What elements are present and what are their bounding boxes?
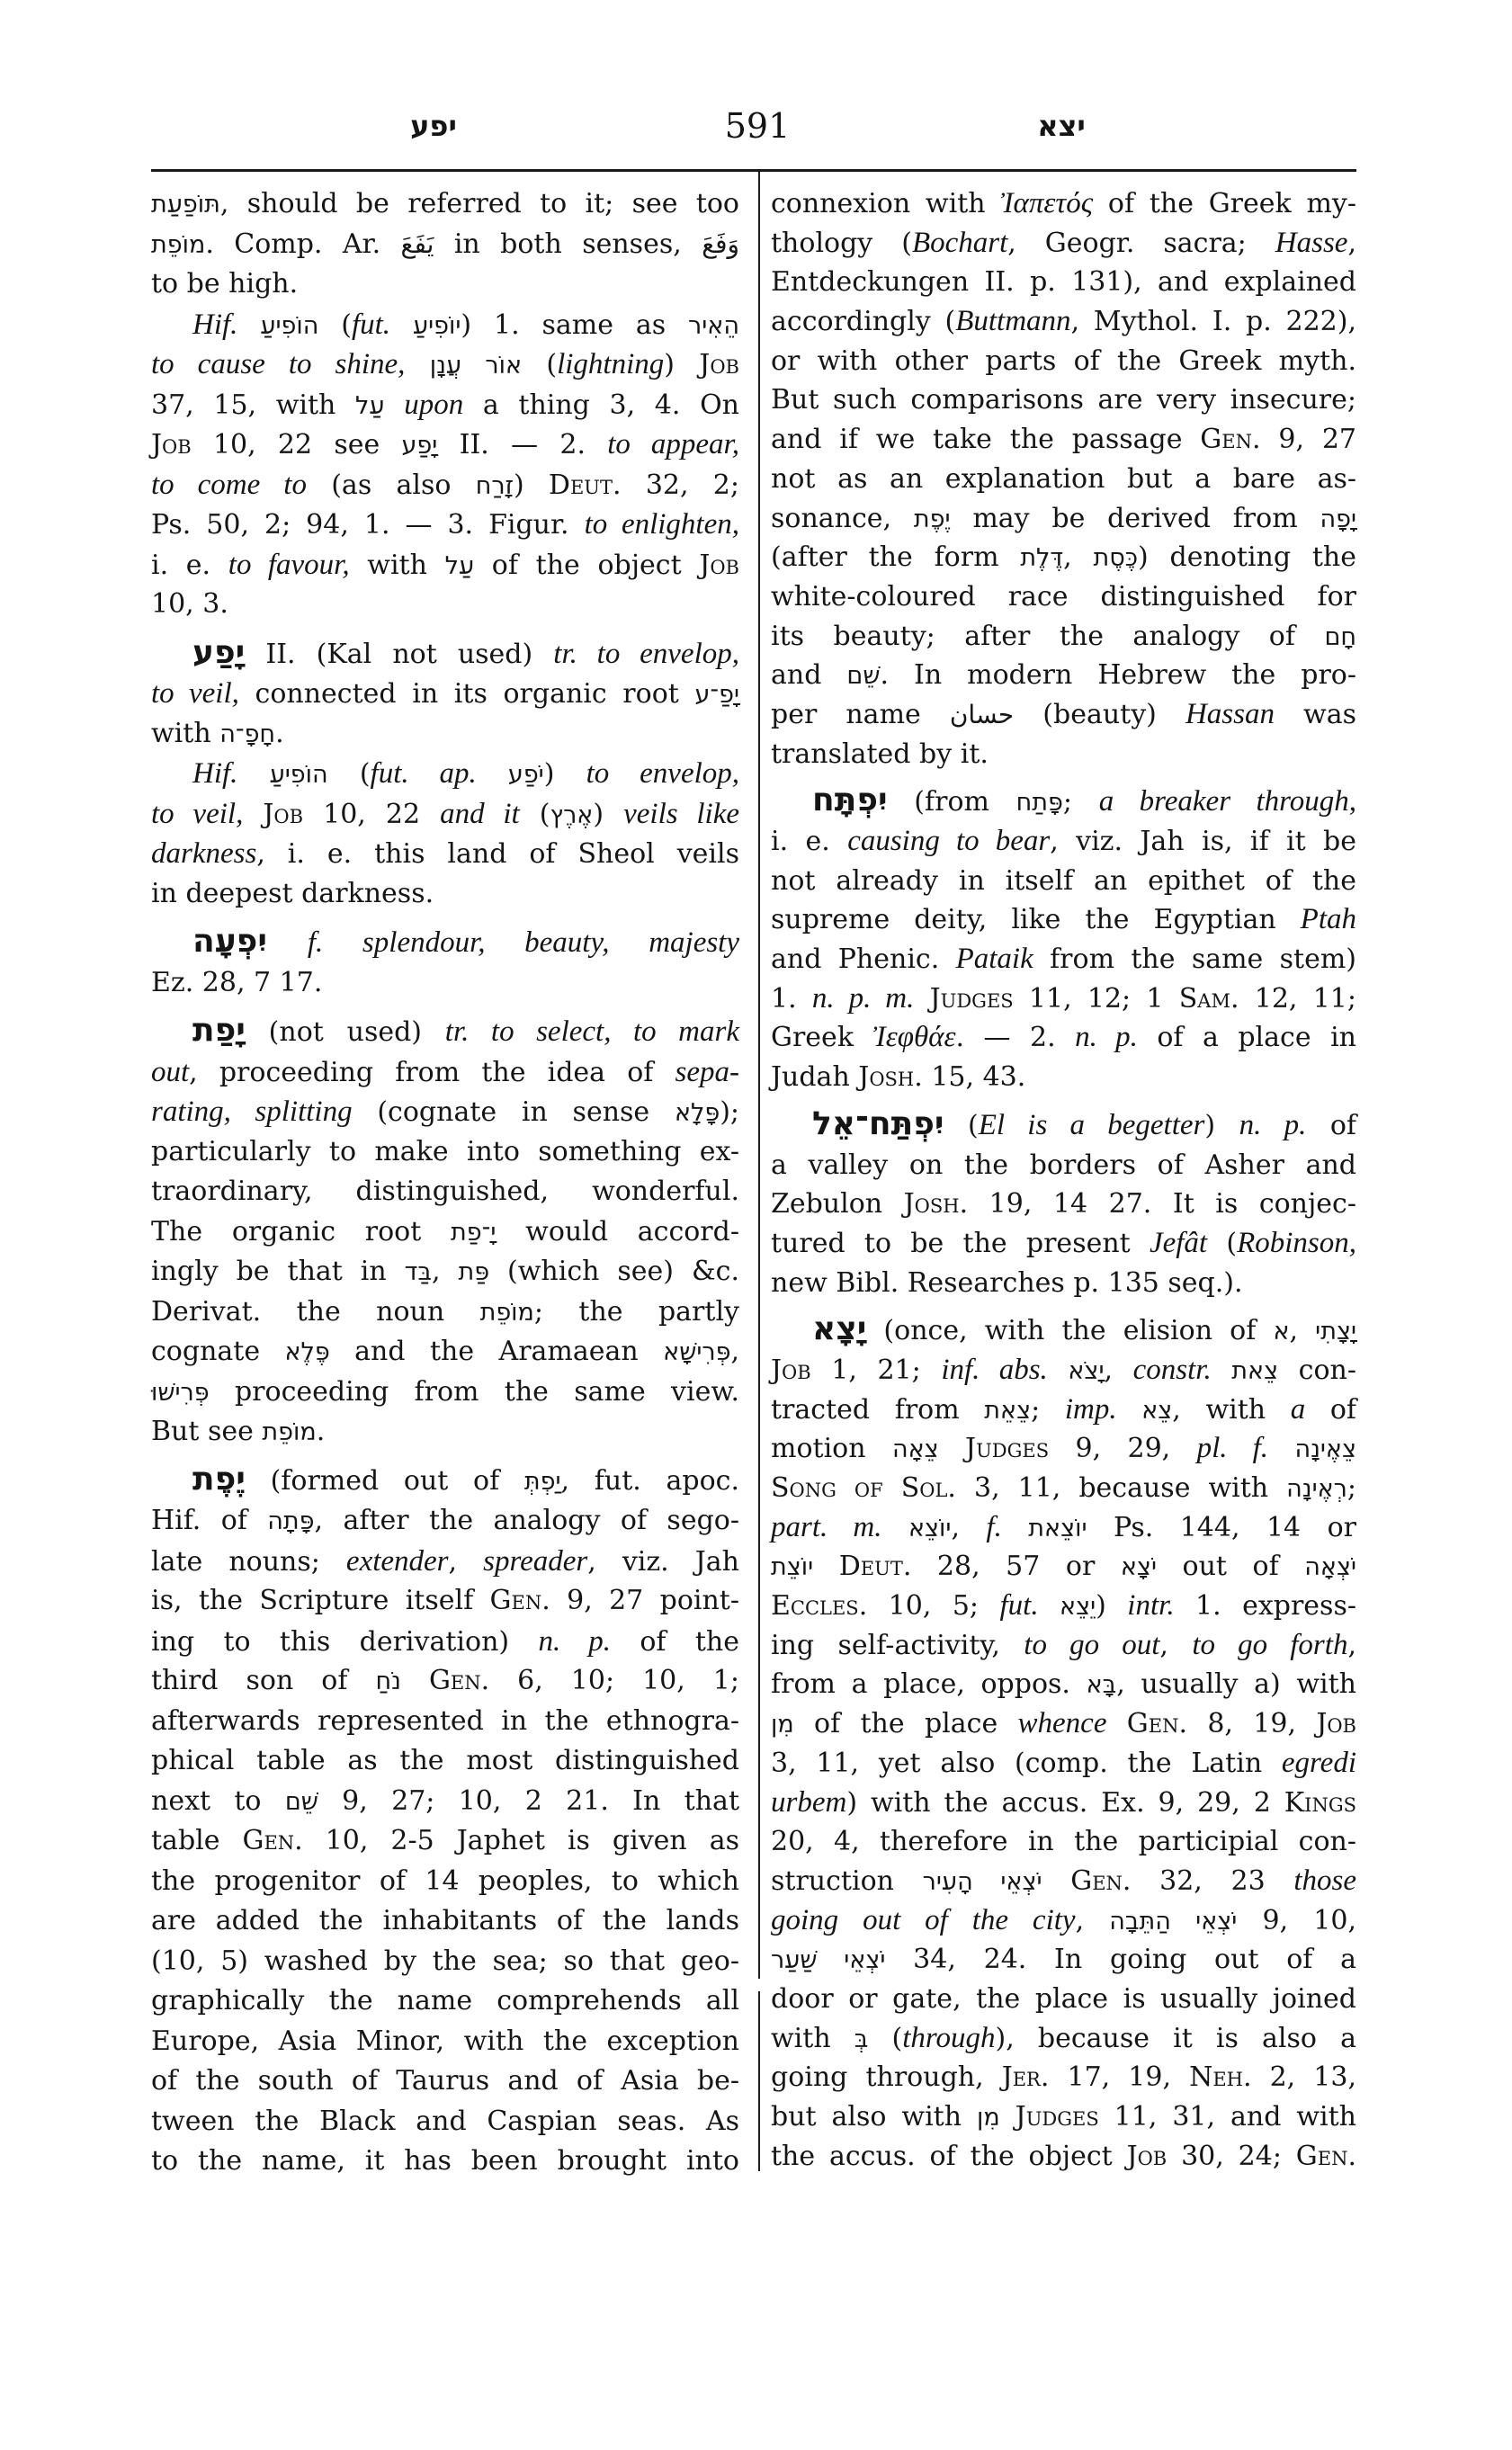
text-line: to veil, Job 10, 22 and it (אֶרֶץ) veils… — [151, 794, 739, 835]
text-line: of the south of Taurus and of Asia be- — [151, 2061, 739, 2102]
text-line: 10, 3. — [151, 585, 739, 625]
text-line: connexion with Ἰαπετός of the Greek my- — [771, 184, 1356, 224]
hebrew-word: יוֹצֵת — [771, 1553, 813, 1581]
hebrew-word: פַּת — [458, 1258, 489, 1286]
italic-text: Hif. — [192, 757, 237, 790]
italic-text: those — [1293, 1864, 1356, 1897]
sense-paragraph: Hif. הוֹפִיעַ (fut. ap. יֹפַע) to envelo… — [151, 754, 739, 914]
hebrew-word: שֵׁם — [846, 662, 880, 690]
hebrew-word: מִן — [771, 1711, 794, 1739]
italic-text: out — [151, 1056, 189, 1088]
text-line: Hif. הוֹפִיעַ (fut. יוֹפִיעַ) 1. same as… — [151, 305, 739, 345]
left-guide-word: יפע — [410, 108, 457, 144]
text-line: cognate פֶּלֶא and the Aramaean פְּרִישָ… — [151, 1332, 739, 1373]
italic-text: extender — [346, 1545, 449, 1578]
book-reference: Job — [699, 550, 739, 581]
italic-text: Pataik — [956, 943, 1033, 975]
italic-text: El is a begetter — [979, 1109, 1205, 1141]
text-line: to come to (as also זָרַח) Deut. 32, 2; — [151, 465, 739, 505]
text-line: Ps. 50, 2; 94, 1. — 3. Figur. to enlight… — [151, 505, 739, 545]
book-reference: Judges — [965, 1433, 1049, 1464]
italic-text: to go out — [1024, 1629, 1159, 1661]
hebrew-word: פָּתַח — [1016, 789, 1063, 817]
italic-text: Ptah — [1301, 903, 1356, 935]
dictionary-entry: יִפְתַּח־אֵל (El is a begetter) n. p. of… — [771, 1106, 1356, 1302]
book-reference: Deut. — [839, 1551, 912, 1582]
dictionary-entry: יָפַת (not used) tr. to select, to marko… — [151, 1012, 739, 1453]
book-reference: Song of Sol. — [771, 1472, 956, 1504]
italic-text: egredi — [1282, 1747, 1356, 1779]
text-line: tween the Black and Caspian seas. As — [151, 2102, 739, 2142]
text-line: מוֹפֵת. Comp. Ar. يَفَعَ in both senses,… — [151, 225, 739, 265]
text-line: יִפְתַּח־אֵל (El is a begetter) n. p. of — [771, 1106, 1356, 1146]
text-line: translated by it. — [771, 735, 1356, 774]
hebrew-word: צֵאֵת — [984, 1397, 1031, 1425]
text-line: rating, splitting (cognate in sense פָּל… — [151, 1092, 739, 1132]
italic-text: to envelop, — [586, 757, 739, 790]
text-line: and שֵׁם. In modern Hebrew the pro- — [771, 656, 1356, 695]
book-reference: Deut. — [549, 469, 622, 501]
dictionary-entry: יָצָא (once, with the elision of א, יָצָ… — [771, 1311, 1356, 2176]
book-reference: Gen. — [429, 1665, 489, 1696]
text-line: a valley on the borders of Asher and — [771, 1146, 1356, 1185]
book-reference: Kings — [1284, 1787, 1356, 1819]
hebrew-word: יֶפֶת — [914, 505, 951, 533]
hebrew-word: יֵצֵא — [1060, 1593, 1096, 1621]
italic-text: Bochart — [912, 227, 1007, 259]
text-line: The organic root יָ־פַת would accord- — [151, 1212, 739, 1253]
hebrew-word: יָפָה — [1320, 505, 1356, 533]
text-line: third son of נֹחַ Gen. 6, 10; 10, 1; — [151, 1661, 739, 1702]
book-reference: Jer. — [1002, 2061, 1050, 2093]
text-line: supreme deity, like the Egyptian Ptah — [771, 900, 1356, 940]
text-line: door or gate, the place is usually joine… — [771, 1980, 1356, 2019]
headword: יִפְתַּח־אֵל — [812, 1105, 944, 1142]
hebrew-word: יָצֹא — [1068, 1357, 1104, 1385]
hebrew-word: צֵאָה — [892, 1435, 939, 1463]
text-line: new Bibl. Researches p. 135 seq.). — [771, 1264, 1356, 1303]
hebrew-word: יַפְתְּ — [524, 1468, 561, 1496]
page-number: 591 — [725, 106, 791, 146]
italic-text: rating, splitting — [151, 1095, 353, 1128]
italic-text: Jefât — [1150, 1227, 1207, 1259]
hebrew-word: אֶרֶץ — [550, 801, 594, 829]
hebrew-word: יוֹצֵאת — [1028, 1515, 1087, 1542]
hebrew-word: בַּד — [405, 1258, 432, 1286]
book-reference: Job — [1127, 2141, 1168, 2172]
hebrew-word: אוֹר עֲנָן — [430, 352, 522, 380]
book-reference: Gen. — [490, 1585, 550, 1616]
italic-text: to veil, — [151, 677, 239, 710]
text-line: sonance, יֶפֶת may be derived from יָפָה — [771, 499, 1356, 539]
book-reference: Josh. — [858, 1061, 922, 1093]
text-line: graphically the name comprehends all — [151, 1981, 739, 2022]
hebrew-word: יֹצְאֵי שַׁעַר — [771, 1946, 885, 1974]
book-reference: Eccles. — [771, 1590, 867, 1622]
book-reference: Gen. — [1070, 1865, 1131, 1897]
italic-text: a breaker through, — [1099, 785, 1356, 818]
text-line: יֹצְאֵי שַׁעַר 34, 24. In going out of a — [771, 1940, 1356, 1980]
text-line: is, the Scripture itself Gen. 9, 27 poin… — [151, 1581, 739, 1622]
italic-text: Robinson, — [1237, 1227, 1356, 1259]
hebrew-word: יָפַ־ע — [694, 681, 739, 709]
text-line: יִפְעָה f. splendour, beauty, majesty — [151, 923, 739, 963]
hebrew-word: עַל — [445, 552, 475, 580]
hebrew-word: בְּ — [854, 2025, 869, 2053]
hebrew-word: שֵׁם — [285, 1788, 318, 1816]
text-line: תּוֹפַעַת, should be referred to it; see… — [151, 184, 739, 225]
italic-text: urbem — [771, 1786, 846, 1819]
left-column: תּוֹפַעַת, should be referred to it; see… — [151, 184, 739, 2182]
text-line: 37, 15, with עַל upon a thing 3, 4. On — [151, 385, 739, 425]
text-line: are added the inhabitants of the lands — [151, 1901, 739, 1942]
hebrew-word: יֹצָא — [1121, 1553, 1157, 1581]
hebrew-word: פְּרִישָׁא — [663, 1338, 730, 1366]
text-line: (after the form דֶּלֶת, כֶּסֶת) denoting… — [771, 538, 1356, 577]
text-line: But such comparisons are very insecure; — [771, 380, 1356, 420]
text-line: its beauty; after the analogy of חָם — [771, 617, 1356, 657]
italic-text: n. p. — [538, 1625, 611, 1658]
hebrew-word: הוֹפִיעַ — [260, 312, 318, 340]
book-reference: Job — [1316, 1708, 1356, 1739]
italic-text: part. m. — [771, 1511, 882, 1543]
text-line: and Phenic. Pataik from the same stem) — [771, 940, 1356, 979]
italic-text: f. splendour, beauty, majesty — [308, 926, 739, 959]
text-line: with בְּ (through), because it is also a — [771, 2019, 1356, 2059]
text-line: i. e. to favour, with עַל of the object … — [151, 545, 739, 586]
text-line: struction יֹצְאֵי הָעִיר Gen. 32, 23 tho… — [771, 1862, 1356, 1901]
text-line: ing self-activity, to go out, to go fort… — [771, 1626, 1356, 1666]
text-line: or with other parts of the Greek myth. — [771, 342, 1356, 381]
text-line: 3, 11, yet also (comp. the Latin egredi — [771, 1744, 1356, 1784]
text-line: out, proceeding from the idea of sepa- — [151, 1052, 739, 1093]
hebrew-word: יֹצְאָה — [1304, 1553, 1356, 1581]
text-line: Zebulon Josh. 19, 14 27. It is conjec- — [771, 1185, 1356, 1224]
hebrew-word: נֹחַ — [375, 1668, 400, 1695]
book-reference: Gen. — [1296, 2141, 1356, 2172]
hebrew-word: מוֹפֵת — [480, 1299, 534, 1327]
text-line: not already in itself an epithet of the — [771, 862, 1356, 901]
text-line: per name حسان (beauty) Hassan was — [771, 695, 1356, 735]
hebrew-word: צֵאת — [1231, 1357, 1278, 1385]
book-reference: Judges — [1015, 2101, 1099, 2133]
text-line: Song of Sol. 3, 11, because with רְאֶינָ… — [771, 1469, 1356, 1508]
hebrew-word: יוֹפִיעַ — [413, 312, 461, 340]
italic-text: upon — [404, 389, 463, 421]
italic-text: veils like — [623, 798, 739, 830]
text-line: Hif. of פָּתָה, after the analogy of seg… — [151, 1501, 739, 1542]
headword: יָפַע — [192, 634, 245, 671]
hebrew-word: א — [1273, 1318, 1289, 1346]
headword: יָפַת — [192, 1012, 246, 1049]
hebrew-word: עַל — [355, 392, 385, 420]
text-line: the accus. of the object Job 30, 24; Gen… — [771, 2137, 1356, 2177]
italic-text: Buttmann — [955, 305, 1070, 337]
book-reference: Gen. — [1200, 424, 1260, 455]
text-line: particularly to make into something ex- — [151, 1132, 739, 1173]
text-line: יִפְתָּח (from פָּתַח; a breaker through… — [771, 782, 1356, 822]
text-line: ing to this derivation) n. p. of the — [151, 1622, 739, 1662]
text-line: Eccles. 10, 5; fut. יֵצֵא) intr. 1. expr… — [771, 1587, 1356, 1626]
dictionary-entry: יֶפֶת (formed out of יַפְתְּ, fut. apoc.… — [151, 1462, 739, 2182]
text-line: late nouns; extender, spreader, viz. Jah — [151, 1542, 739, 1582]
hebrew-word: יָצָתִי — [1315, 1318, 1356, 1346]
hebrew-word: הֵאִיר — [688, 312, 739, 340]
italic-text: going out of the city — [771, 1904, 1076, 1936]
text-line: 1. n. p. m. Judges 11, 12; 1 Sam. 12, 11… — [771, 979, 1356, 1019]
italic-text: f. — [986, 1511, 1001, 1543]
text-line: urbem) with the accus. Ex. 9, 29, 2 King… — [771, 1784, 1356, 1823]
italic-text: imp. — [1065, 1393, 1117, 1426]
hebrew-word: יוֹצֵא — [908, 1515, 951, 1542]
hebrew-word: הוֹפִיעַ — [270, 761, 328, 789]
text-line: i. e. causing to bear, viz. Jah is, if i… — [771, 822, 1356, 862]
sense-paragraph: Hif. הוֹפִיעַ (fut. יוֹפִיעַ) 1. same as… — [151, 305, 739, 625]
hebrew-word: זָרַח — [476, 472, 514, 500]
text-line: Judah Josh. 15, 43. — [771, 1058, 1356, 1097]
italic-text: lightning — [557, 348, 664, 380]
continued-paragraph: תּוֹפַעַת, should be referred to it; see… — [151, 184, 739, 305]
hebrew-word: יֹפַע — [508, 761, 544, 789]
book-reference: Job — [263, 799, 303, 830]
italic-text: pl. f. — [1197, 1432, 1268, 1464]
column-divider — [758, 1991, 760, 2171]
text-line: יָפַת (not used) tr. to select, to mark — [151, 1012, 739, 1052]
italic-text: intr. — [1127, 1589, 1174, 1622]
continued-paragraph: connexion with Ἰαπετός of the Greek my-t… — [771, 184, 1356, 773]
text-line: and if we take the passage Gen. 9, 27 — [771, 420, 1356, 460]
italic-text: sepa- — [675, 1056, 739, 1088]
book-reference: Gen. — [242, 1825, 302, 1856]
greek-word: Ἰαπετός — [1000, 187, 1093, 219]
text-line: from a place, oppos. בָּא, usually a) wi… — [771, 1665, 1356, 1704]
text-line: יָצָא (once, with the elision of א, יָצָ… — [771, 1311, 1356, 1351]
hebrew-word: בָּא — [1087, 1671, 1117, 1699]
italic-text: constr. — [1133, 1354, 1212, 1386]
italic-text: n. p. — [1239, 1109, 1307, 1141]
text-line: to veil, connected in its organic root י… — [151, 674, 739, 714]
hebrew-word: צֵאֶינָה — [1294, 1435, 1356, 1463]
headword: יִפְעָה — [192, 923, 267, 960]
book-reference: Josh. — [904, 1188, 968, 1220]
dictionary-entry: יִפְתָּח (from פָּתַח; a breaker through… — [771, 782, 1356, 1097]
hebrew-word: חָפָ־ה — [219, 720, 275, 748]
text-line: afterwards represented in the ethnogra- — [151, 1702, 739, 1742]
hebrew-word: פָּתָה — [267, 1507, 314, 1535]
text-line: with חָפָ־ה. — [151, 714, 739, 755]
italic-text: tr. to envelop, — [553, 638, 739, 670]
italic-text: spreader — [483, 1545, 587, 1578]
italic-text: to favour, — [228, 549, 350, 581]
italic-text: fut. ap. — [371, 757, 477, 790]
italic-text: to go forth — [1192, 1629, 1347, 1661]
book-reference: Job — [151, 429, 192, 460]
text-line: part. m. יוֹצֵא, f. יוֹצֵאת Ps. 144, 14 … — [771, 1508, 1356, 1548]
text-line: יָפַע II. (Kal not used) tr. to envelop, — [151, 634, 739, 675]
text-line: Europe, Asia Minor, with the exception — [151, 2022, 739, 2062]
text-line: in deepest darkness. — [151, 874, 739, 915]
italic-text: to enlighten, — [585, 508, 739, 541]
italic-text: inf. abs. — [941, 1354, 1047, 1386]
italic-text: tr. to select, to mark — [445, 1015, 739, 1048]
text-line: table Gen. 10, 2-5 Japhet is given as — [151, 1821, 739, 1862]
italic-text: n. p. — [1075, 1021, 1138, 1053]
text-line: not as an explanation but a bare as- — [771, 460, 1356, 499]
italic-text: to come to — [151, 469, 307, 501]
italic-text: and it — [440, 798, 520, 830]
hebrew-word: צֵא — [1141, 1397, 1172, 1425]
book-reference: Job — [699, 349, 739, 380]
greek-word: Ἰεφθάε — [872, 1021, 955, 1053]
book-reference: Judges — [930, 983, 1014, 1015]
text-line: יֶפֶת (formed out of יַפְתְּ, fut. apoc. — [151, 1462, 739, 1502]
hebrew-word: מִן — [977, 2104, 1000, 2132]
italic-text: whence — [1018, 1707, 1107, 1739]
headword: יָצָא — [812, 1310, 866, 1347]
dictionary-entry: יָפַע II. (Kal not used) tr. to envelop,… — [151, 634, 739, 755]
italic-text: n. p. m. — [812, 982, 915, 1015]
text-line: the progenitor of 14 peoples, to which — [151, 1862, 739, 1902]
arabic-word: وَفَعَ — [702, 229, 739, 259]
text-line: to the name, it has been brought into — [151, 2142, 739, 2182]
italic-text: causing to bear — [847, 825, 1050, 857]
text-line: going through, Jer. 17, 19, Neh. 2, 13, — [771, 2058, 1356, 2097]
text-line: phical table as the most distinguished — [151, 1741, 739, 1782]
hebrew-word: יָ־פַת — [451, 1219, 496, 1247]
text-line: tracted from צֵאֵת; imp. צֵא, with a of — [771, 1390, 1356, 1430]
text-line: Derivat. the noun מוֹפֵת; the partly — [151, 1292, 739, 1333]
italic-text: fut. — [999, 1589, 1038, 1622]
text-line: thology (Bochart, Geogr. sacra; Hasse, — [771, 224, 1356, 264]
hebrew-word: יֹצְאֵי הָעִיר — [923, 1868, 1042, 1896]
headword: יִפְתָּח — [812, 782, 888, 818]
right-guide-word: יצא — [1037, 108, 1086, 144]
text-line: But see מוֹפֵת. — [151, 1412, 739, 1453]
italic-text: to appear, — [607, 428, 739, 460]
text-line: to cause to shine, אוֹר עֲנָן (lightning… — [151, 344, 739, 385]
italic-text: Hasse — [1275, 227, 1348, 259]
text-line: 20, 4, therefore in the participial con- — [771, 1822, 1356, 1862]
text-line: Job 1, 21; inf. abs. יָצֹא, constr. צֵאת… — [771, 1351, 1356, 1390]
hebrew-word: רְאֶינָה — [1286, 1475, 1347, 1503]
text-line: פְּרִישׁוּ proceeding from the same view… — [151, 1373, 739, 1413]
headword: יֶפֶת — [192, 1461, 246, 1498]
text-line: next to שֵׁם 9, 27; 10, 2 21. In that — [151, 1782, 739, 1822]
text-line: Job 10, 22 see יָפַע II. — 2. to appear, — [151, 425, 739, 465]
hebrew-word: דֶּלֶת — [1020, 544, 1063, 572]
text-line: going out of the city, יֹצְאֵי הַתֵּבָה … — [771, 1901, 1356, 1941]
italic-text: a — [1291, 1393, 1306, 1426]
hebrew-word: פָּלָא — [675, 1099, 720, 1127]
hebrew-word: חָם — [1324, 623, 1356, 651]
italic-text: Hif. — [192, 308, 237, 341]
text-line: Greek Ἰεφθάε. — 2. n. p. of a place in — [771, 1018, 1356, 1058]
arabic-word: حسان — [950, 700, 1014, 729]
text-line: Entdeckungen II. p. 131), and explained — [771, 263, 1356, 302]
italic-text: Hassan — [1185, 698, 1275, 730]
header-rule — [151, 169, 1356, 172]
text-line: ingly be that in בַּד, פַּת (which see) … — [151, 1252, 739, 1292]
column-divider — [758, 172, 760, 1979]
book-reference: Job — [771, 1355, 811, 1386]
text-line: white-coloured race distinguished for — [771, 577, 1356, 617]
italic-text: fut. — [352, 308, 390, 341]
book-reference: Neh. — [1189, 2061, 1251, 2093]
text-line: יוֹצֵת Deut. 28, 57 or יֹצָא out of יֹצְ… — [771, 1547, 1356, 1587]
text-line: Ez. 28, 7 17. — [151, 963, 739, 1004]
italic-text: to cause to shine, — [151, 348, 405, 380]
arabic-word: يَفَعَ — [401, 229, 434, 259]
text-line: Hif. הוֹפִיעַ (fut. ap. יֹפַע) to envelo… — [151, 754, 739, 794]
italic-text: to veil, — [151, 798, 243, 830]
hebrew-word: פְּרִישׁוּ — [151, 1379, 210, 1407]
text-line: motion צֵאָה Judges 9, 29, pl. f. צֵאֶינ… — [771, 1429, 1356, 1469]
text-line: traordinary, distinguished, wonderful. — [151, 1172, 739, 1212]
dictionary-page: יפע 591 יצא תּוֹפַעַת, should be referre… — [0, 0, 1512, 2450]
text-line: to be high. — [151, 264, 739, 305]
right-column: connexion with Ἰαπετός of the Greek my-t… — [771, 184, 1356, 2176]
hebrew-word: תּוֹפַעַת — [151, 191, 220, 219]
text-line: darkness, i. e. this land of Sheol veils — [151, 834, 739, 874]
text-line: (10, 5) washed by the sea; so that geo- — [151, 1942, 739, 1982]
text-line: מִן of the place whence Gen. 8, 19, Job — [771, 1704, 1356, 1744]
text-line: tured to be the present Jefât (Robinson, — [771, 1224, 1356, 1264]
text-line: accordingly (Buttmann, Mythol. I. p. 222… — [771, 302, 1356, 342]
text-line: but also with מִן Judges 11, 31, and wit… — [771, 2097, 1356, 2137]
book-reference: Gen. — [1127, 1708, 1187, 1739]
italic-text: through — [902, 2022, 995, 2054]
hebrew-word: מוֹפֵת — [151, 231, 205, 259]
italic-text: darkness — [151, 837, 256, 870]
hebrew-word: פֶּלֶא — [285, 1338, 330, 1366]
hebrew-word: מוֹפֵת — [262, 1418, 316, 1446]
hebrew-word: יָפַע — [402, 432, 438, 460]
dictionary-entry: יִפְעָה f. splendour, beauty, majestyEz.… — [151, 923, 739, 1003]
hebrew-word: יֹצְאֵי הַתֵּבָה — [1109, 1908, 1237, 1936]
hebrew-word: כֶּסֶת — [1094, 544, 1139, 572]
book-reference: Sam. — [1179, 983, 1239, 1015]
